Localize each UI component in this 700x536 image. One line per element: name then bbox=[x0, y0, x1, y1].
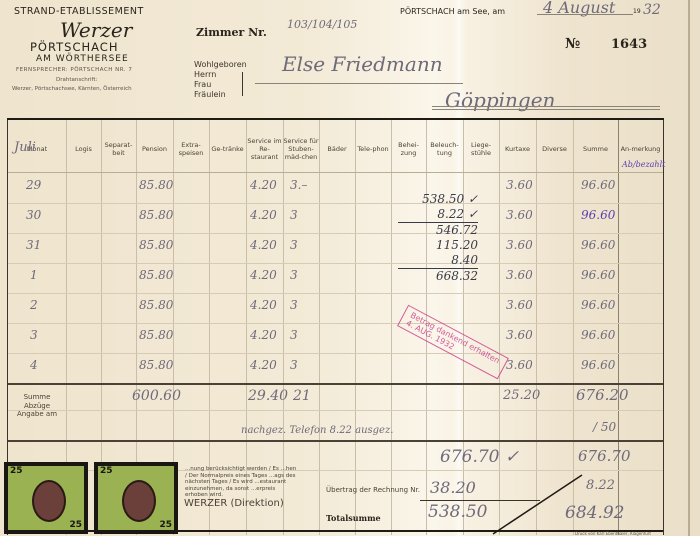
revenue-stamp-value: 25 bbox=[159, 520, 172, 530]
row-rule bbox=[8, 353, 663, 354]
cell-summe: 96.60 bbox=[581, 178, 615, 192]
cell-summe: 96.60 bbox=[581, 268, 615, 282]
col-header-beleuchtung: Beleuch-tung bbox=[426, 124, 463, 174]
cell-kurtaxe: 3.60 bbox=[506, 358, 533, 372]
cell-summe: 96.60 bbox=[581, 238, 615, 252]
abzuege-rule bbox=[8, 440, 663, 442]
summe-pension: 600.60 bbox=[132, 388, 181, 404]
total-left: 538.50 bbox=[428, 502, 487, 522]
side-calculation: 538.50 ✓ 8.22 ✓ 546.72 115.20 8.40 668.3… bbox=[398, 192, 478, 284]
ink-connector-line bbox=[490, 470, 590, 536]
cell-kurtaxe: 3.60 bbox=[506, 208, 533, 222]
city-line-double bbox=[432, 109, 660, 110]
salutation-item: Wohlgeboren bbox=[194, 60, 247, 70]
row-rule bbox=[8, 323, 663, 324]
cell-pension: 85.80 bbox=[139, 238, 173, 252]
cell-service-stuben: 3 bbox=[290, 268, 298, 282]
cell-pension: 85.80 bbox=[139, 208, 173, 222]
col-header-baeder: Bäder bbox=[319, 124, 355, 174]
revenue-stamp-value: 25 bbox=[10, 466, 23, 476]
fine-print: ...nung berücksichtigt werden / Es ...he… bbox=[185, 466, 297, 499]
revenue-stamp: 25 25 bbox=[4, 462, 88, 534]
letterhead-telegram: Werzer, Pörtschachsee, Kärnten, Österrei… bbox=[12, 86, 132, 92]
col-header-separat: Separat-beit bbox=[101, 124, 136, 174]
cell-service-stuben: 3 bbox=[290, 358, 298, 372]
cell-service-rest: 4.20 bbox=[250, 178, 277, 192]
summe-label: Summe bbox=[8, 393, 66, 401]
cell-pension: 85.80 bbox=[139, 358, 173, 372]
subtotal-left: 676.70 ✓ bbox=[440, 447, 519, 467]
col-header-service-restaurant: Service im Re-staurant bbox=[246, 124, 283, 174]
row-rule bbox=[8, 410, 663, 411]
col-header-pension: Pension bbox=[136, 124, 173, 174]
cell-summe: 96.60 bbox=[581, 358, 615, 372]
invoice-number: 1643 bbox=[611, 37, 647, 52]
cell-day: 29 bbox=[26, 178, 41, 192]
cell-day: 2 bbox=[30, 298, 38, 312]
cell-pension: 85.80 bbox=[139, 268, 173, 282]
summe-kurtaxe: 25.20 bbox=[503, 388, 540, 403]
summe-total: 676.20 bbox=[576, 386, 629, 404]
row-rule bbox=[8, 263, 663, 264]
cell-kurtaxe: 3.60 bbox=[506, 268, 533, 282]
col-header-diverse: Diverse bbox=[536, 124, 573, 174]
letterhead-lake: AM WÖRTHERSEE bbox=[36, 54, 129, 64]
col-header-beheizung: Behei-zung bbox=[391, 124, 426, 174]
cell-summe: 96.60 bbox=[581, 298, 615, 312]
eagle-crest-icon bbox=[122, 480, 156, 522]
paid-stamp: Betrag dankend erhalten 4. AUG. 1932 bbox=[397, 305, 509, 380]
paid-stamp-date: 4. AUG. 1932 bbox=[405, 319, 497, 374]
row-rule bbox=[8, 293, 663, 294]
total-label: Totalsumme bbox=[326, 513, 381, 523]
col-sep bbox=[463, 120, 464, 535]
cell-summe: 96.60 bbox=[581, 328, 615, 342]
revenue-stamp: 25 25 bbox=[94, 462, 178, 534]
row-rule bbox=[8, 203, 663, 204]
salutation-list: Wohlgeboren Herrn Frau Fräulein bbox=[194, 60, 247, 100]
subtotal-right: 676.70 bbox=[578, 447, 631, 465]
summe-service-stuben: 21 bbox=[293, 388, 311, 404]
col-header-extraspeisen: Extra-speisen bbox=[173, 124, 209, 174]
letterhead-town: PÖRTSCHACH bbox=[30, 40, 118, 54]
salutation-bracket bbox=[242, 72, 243, 96]
header-rule bbox=[8, 172, 663, 173]
calc-line: 538.50 ✓ bbox=[398, 192, 478, 207]
invoice-number-label: № bbox=[565, 36, 580, 52]
cell-kurtaxe: 3.60 bbox=[506, 298, 533, 312]
room-label: Zimmer Nr. bbox=[196, 26, 267, 39]
abzuege-label: Abzüge Angabe am bbox=[8, 402, 66, 418]
cell-day: 3 bbox=[30, 328, 38, 342]
cell-kurtaxe: 3.60 bbox=[506, 328, 533, 342]
cell-summe: 96.60 bbox=[581, 208, 615, 222]
summe-service-rest: 29.40 bbox=[248, 388, 288, 404]
calc-line: 8.22 ✓ bbox=[398, 207, 478, 222]
calc-line: 546.72 bbox=[398, 222, 478, 238]
uebertrag-number: 38.20 bbox=[430, 478, 476, 497]
year-prefix: 19 bbox=[633, 8, 641, 15]
cell-kurtaxe: 3.60 bbox=[506, 238, 533, 252]
room-value: 103/104/105 bbox=[287, 18, 357, 31]
letterhead-script-name: Werzer bbox=[60, 18, 132, 42]
cell-day: 30 bbox=[26, 208, 41, 222]
date-line bbox=[537, 14, 633, 15]
revenue-stamp-value: 25 bbox=[69, 520, 82, 530]
cell-day: 4 bbox=[30, 358, 38, 372]
city-line bbox=[432, 106, 660, 107]
guest-name: Else Friedmann bbox=[282, 52, 443, 76]
cell-service-stuben: 3.– bbox=[290, 178, 307, 192]
year-handwritten: 32 bbox=[643, 2, 661, 18]
paper-edge bbox=[688, 0, 690, 536]
month-note: Juli bbox=[14, 140, 36, 155]
cell-service-rest: 4.20 bbox=[250, 328, 277, 342]
cell-service-stuben: 3 bbox=[290, 208, 298, 222]
letterhead-phone: FERNSPRECHER: PÖRTSCHACH NR. 7 bbox=[16, 67, 132, 73]
col-sep bbox=[319, 120, 320, 535]
col-sep bbox=[391, 120, 392, 535]
cell-pension: 85.80 bbox=[139, 298, 173, 312]
abzuege-note: nachgez. Telefon 8.22 ausgez. bbox=[241, 425, 393, 436]
uebertrag-right: 8.22 bbox=[586, 478, 615, 493]
cell-pension: 85.80 bbox=[139, 328, 173, 342]
revenue-stamp-value: 25 bbox=[100, 466, 113, 476]
cell-day: 1 bbox=[30, 268, 38, 282]
place-label: PÖRTSCHACH am See, am bbox=[400, 7, 505, 16]
anmerkung-note: Ab/bezahlt bbox=[622, 160, 665, 169]
salutation-item: Frau bbox=[194, 80, 247, 90]
cell-service-rest: 4.20 bbox=[250, 268, 277, 282]
cell-day: 31 bbox=[26, 238, 41, 252]
row-rule bbox=[8, 233, 663, 234]
cell-service-rest: 4.20 bbox=[250, 238, 277, 252]
cell-service-rest: 4.20 bbox=[250, 298, 277, 312]
summe-rule bbox=[8, 383, 663, 385]
col-header-telephon: Tele-phon bbox=[355, 124, 391, 174]
cell-service-rest: 4.20 bbox=[250, 208, 277, 222]
uebertrag-label: Übertrag der Rechnung Nr. bbox=[326, 486, 420, 494]
col-header-logis: Logis bbox=[66, 124, 101, 174]
salutation-item: Fräulein bbox=[194, 90, 247, 100]
col-sep bbox=[618, 120, 619, 535]
col-header-kurtaxe: Kurtaxe bbox=[499, 124, 536, 174]
cell-service-stuben: 3 bbox=[290, 328, 298, 342]
col-header-summe: Summe bbox=[573, 124, 618, 174]
cell-service-stuben: 3 bbox=[290, 238, 298, 252]
col-header-liegestuehle: Liege-stühle bbox=[463, 124, 499, 174]
cell-service-stuben: 3 bbox=[290, 298, 298, 312]
letterhead-telegram-label: Drahtanschrift: bbox=[56, 77, 97, 83]
calc-line: 8.40 bbox=[398, 253, 478, 268]
calc-line: 668.32 bbox=[398, 268, 478, 284]
guest-name-line bbox=[255, 83, 463, 84]
direktion-signature: WERZER (Direktion) bbox=[184, 498, 284, 509]
letterhead-line1: STRAND-ETABLISSEMENT bbox=[14, 6, 144, 17]
cell-pension: 85.80 bbox=[139, 178, 173, 192]
calc-line: 115.20 bbox=[398, 238, 478, 253]
cell-service-rest: 4.20 bbox=[250, 358, 277, 372]
paid-stamp-text: Betrag dankend erhalten bbox=[409, 311, 501, 366]
salutation-item: Herrn bbox=[194, 70, 247, 80]
cell-kurtaxe: 3.60 bbox=[506, 178, 533, 192]
abzuege-summe: / 50 bbox=[593, 420, 616, 434]
col-sep bbox=[355, 120, 356, 535]
eagle-crest-icon bbox=[32, 480, 66, 522]
col-header-service-stuben: Service für Stuben-mäd-chen bbox=[283, 124, 319, 174]
col-header-getraenke: Ge-tränke bbox=[209, 124, 246, 174]
